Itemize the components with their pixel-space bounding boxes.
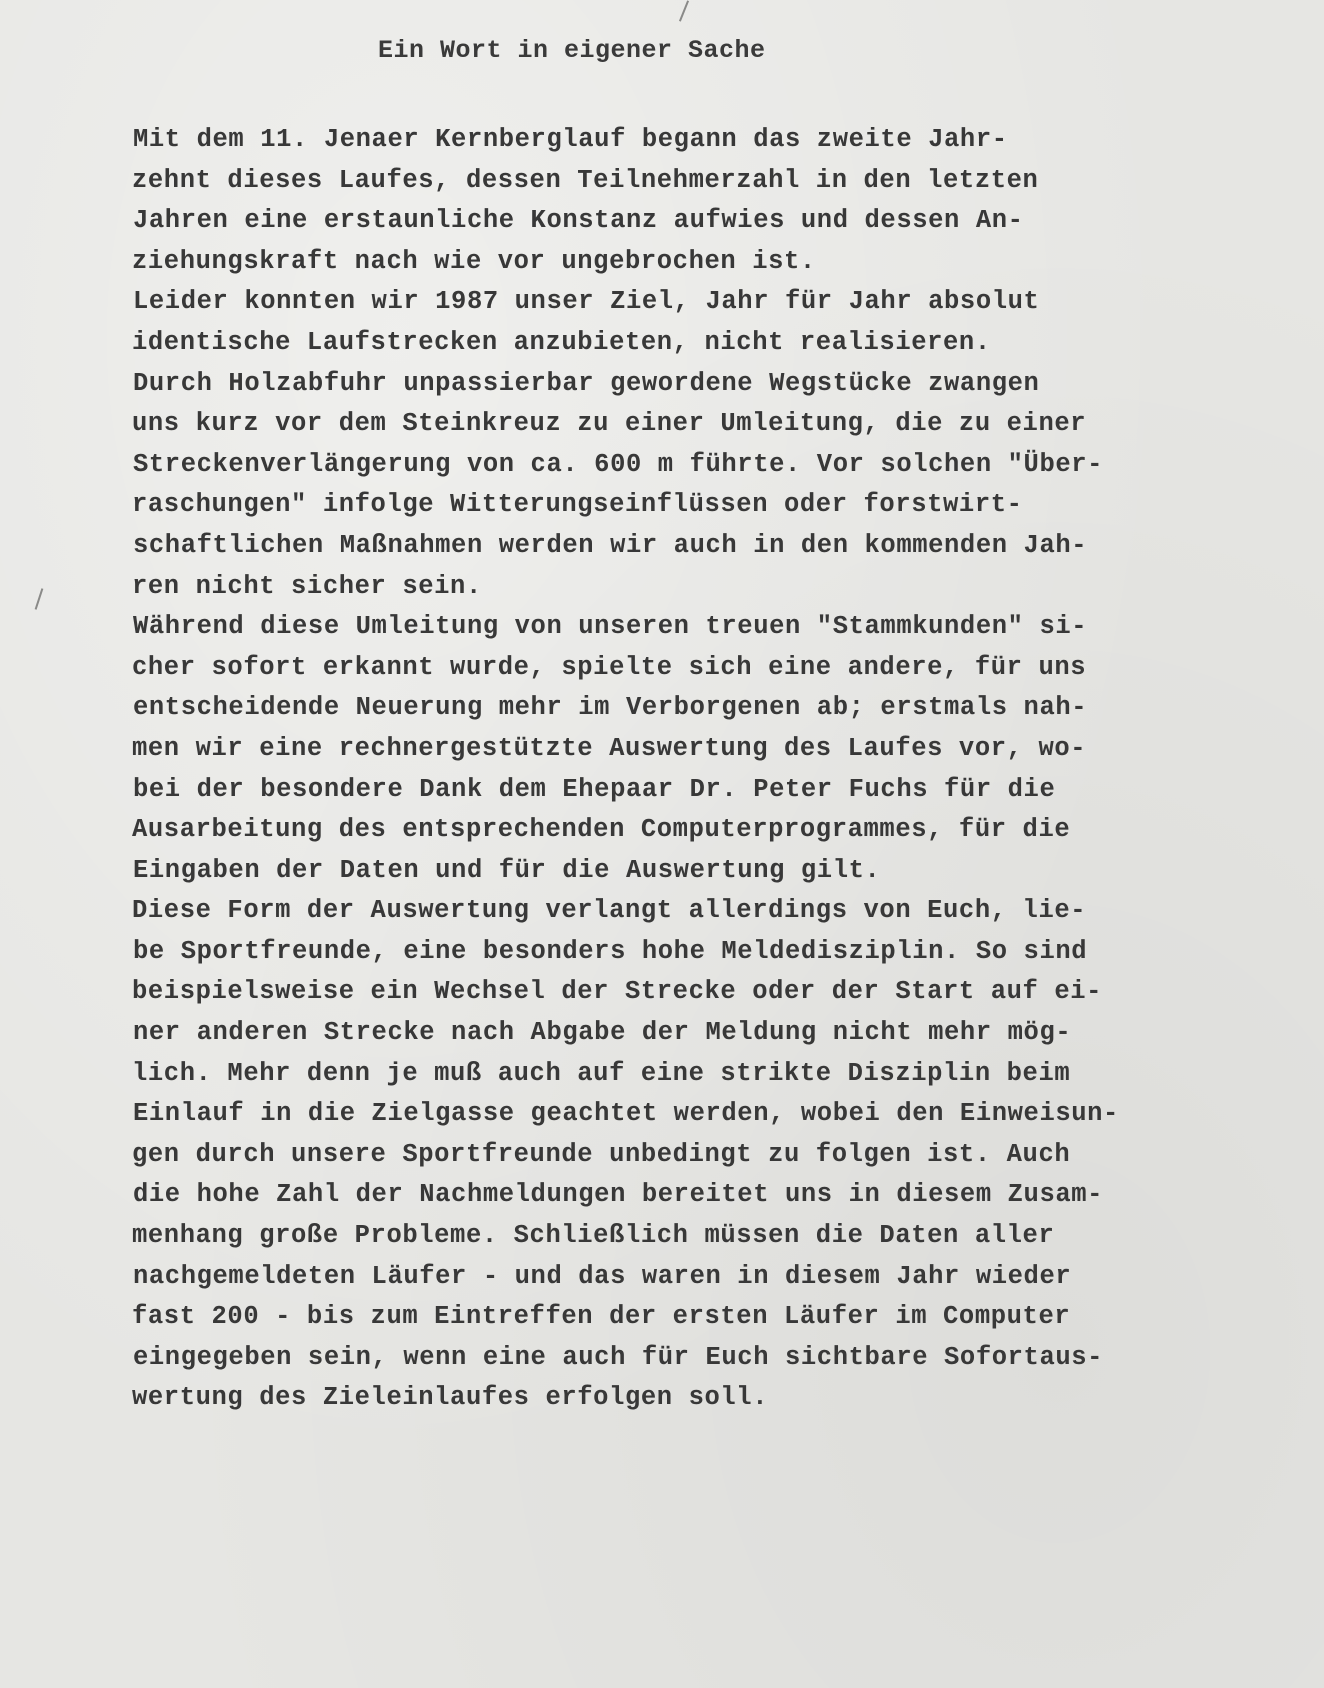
text-line: cher sofort erkannt wurde, spielte sich … [132,648,1212,689]
text-line: zehnt dieses Laufes, dessen Teilnehmerza… [132,161,1212,202]
text-line: lich. Mehr denn je muß auch auf eine str… [132,1054,1212,1095]
text-line: schaftlichen Maßnahmen werden wir auch i… [133,526,1213,567]
text-line: bei der besondere Dank dem Ehepaar Dr. P… [133,770,1213,811]
text-line: ren nicht sicher sein. [132,567,1212,608]
text-line: entscheidende Neuerung mehr im Verborgen… [133,688,1213,729]
text-line: eingegeben sein, wenn eine auch für Euch… [133,1338,1213,1379]
text-line: Streckenverlängerung von ca. 600 m führt… [133,445,1213,486]
text-line: men wir eine rechnergestützte Auswertung… [132,729,1212,770]
text-line: Jahren eine erstaunliche Konstanz aufwie… [133,201,1213,242]
text-line: die hohe Zahl der Nachmeldungen bereitet… [133,1175,1213,1216]
text-line: ner anderen Strecke nach Abgabe der Meld… [133,1013,1213,1054]
document-body: Mit dem 11. Jenaer Kernberglauf begann d… [132,120,1212,1419]
text-line: identische Laufstrecken anzubieten, nich… [132,323,1212,364]
paper-page: Ein Wort in eigener Sache Mit dem 11. Je… [0,0,1324,1688]
text-line: Durch Holzabfuhr unpassierbar gewordene … [133,364,1213,405]
text-line: beispielsweise ein Wechsel der Strecke o… [132,972,1212,1013]
text-line: fast 200 - bis zum Eintreffen der ersten… [132,1297,1212,1338]
text-line: Einlauf in die Zielgasse geachtet werden… [133,1094,1213,1135]
pencil-mark [679,0,689,21]
text-line: raschungen" infolge Witterungseinflüssen… [132,485,1212,526]
text-line: Ausarbeitung des entsprechenden Computer… [132,810,1212,851]
text-line: wertung des Zieleinlaufes erfolgen soll. [132,1378,1212,1419]
text-line: ziehungskraft nach wie vor ungebrochen i… [132,242,1212,283]
document-title: Ein Wort in eigener Sache [378,36,766,65]
text-line: Eingaben der Daten und für die Auswertun… [133,851,1213,892]
text-line: menhang große Probleme. Schließlich müss… [132,1216,1212,1257]
pencil-mark [35,588,44,610]
text-line: uns kurz vor dem Steinkreuz zu einer Uml… [132,404,1212,445]
text-line: Während diese Umleitung von unseren treu… [133,607,1213,648]
text-line: Diese Form der Auswertung verlangt aller… [132,891,1212,932]
text-line: nachgemeldeten Läufer - und das waren in… [133,1257,1213,1298]
text-line: be Sportfreunde, eine besonders hohe Mel… [133,932,1213,973]
text-line: Mit dem 11. Jenaer Kernberglauf begann d… [133,120,1213,161]
text-line: gen durch unsere Sportfreunde unbedingt … [132,1135,1212,1176]
text-line: Leider konnten wir 1987 unser Ziel, Jahr… [133,282,1213,323]
